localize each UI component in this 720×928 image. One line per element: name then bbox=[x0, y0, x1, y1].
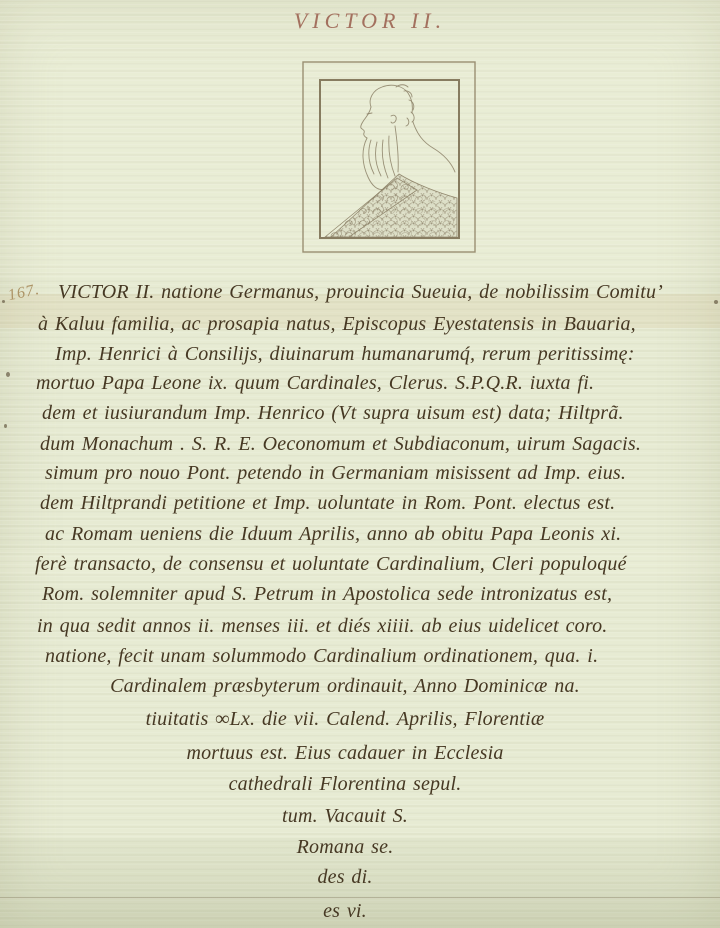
text-line: des di. bbox=[0, 865, 690, 889]
text-line: simum pro nouo Pont. petendo in Germania… bbox=[45, 461, 626, 485]
text-line: Romana se. bbox=[0, 835, 690, 859]
text-line: es vi. bbox=[0, 899, 690, 923]
text-line: mortuo Papa Leone ix. quum Cardinales, C… bbox=[36, 371, 594, 395]
text-line: natione, fecit unam solummodo Cardinaliu… bbox=[45, 644, 598, 668]
text-line: Imp. Henrici à Consilijs, diuinarum huma… bbox=[55, 342, 635, 366]
text-line: ferè transacto, de consensu et uoluntate… bbox=[35, 552, 627, 576]
text-line: dem et iusiurandum Imp. Henrico (Vt supr… bbox=[42, 401, 624, 425]
text-line: mortuus est. Eius cadauer in Ecclesia bbox=[0, 741, 690, 765]
text-line: tiuitatis ∞Lx. die vii. Calend. Aprilis,… bbox=[0, 707, 690, 731]
text-line: Rom. solemniter apud S. Petrum in Aposto… bbox=[42, 582, 612, 606]
text-line: dem Hiltprandi petitione et Imp. uolunta… bbox=[40, 491, 615, 515]
text-line: ac Romam ueniens die Iduum Aprilis, anno… bbox=[45, 522, 621, 546]
manuscript-page: VICTOR II. bbox=[0, 0, 720, 928]
text-line: cathedrali Florentina sepul. bbox=[0, 772, 690, 796]
text-line: in qua sedit annos ii. menses iii. et di… bbox=[37, 614, 608, 638]
manuscript-body: VICTOR II. natione Germanus, prouincia S… bbox=[0, 0, 720, 928]
text-line: à Kaluu familia, ac prosapia natus, Epis… bbox=[38, 312, 636, 336]
text-line: tum. Vacauit S. bbox=[0, 804, 690, 828]
text-line: dum Monachum . S. R. E. Oeconomum et Sub… bbox=[40, 432, 641, 456]
text-line: Cardinalem præsbyterum ordinauit, Anno D… bbox=[0, 674, 690, 698]
text-line: VICTOR II. natione Germanus, prouincia S… bbox=[58, 280, 663, 304]
